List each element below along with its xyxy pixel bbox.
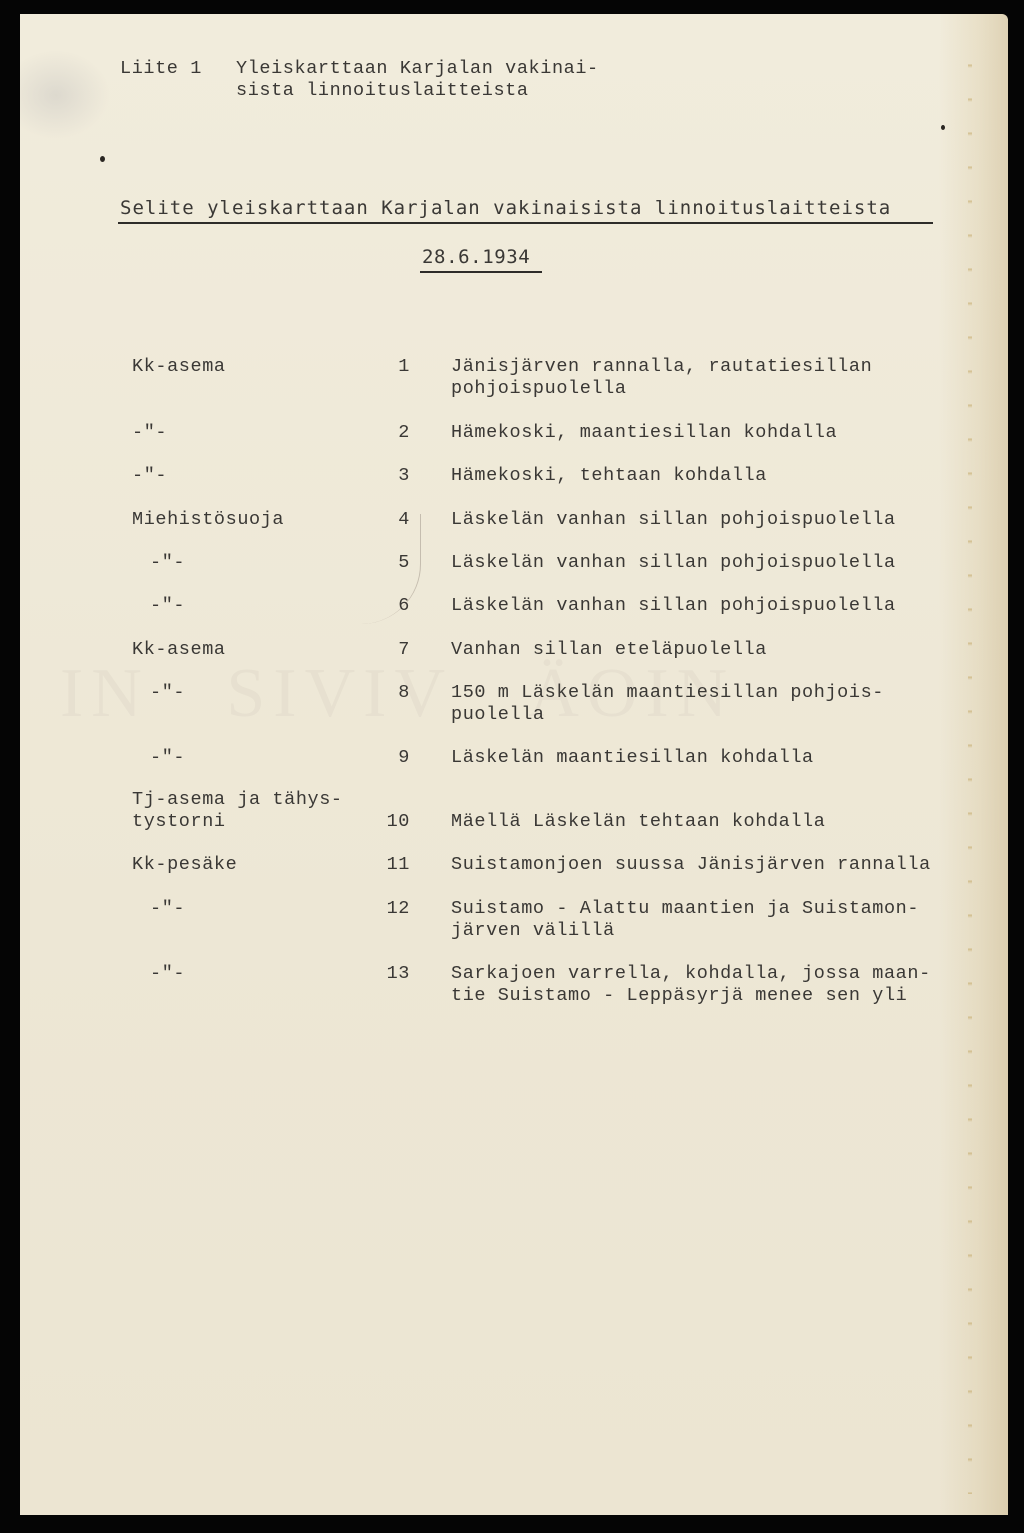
entry-description: Suistamonjoen suussa Jänisjärven rannall…	[451, 854, 931, 876]
entry-type: Kk-asema	[132, 356, 226, 378]
entry-type: -"-	[150, 963, 185, 985]
entry-type-line1: Tj-asema ja tähys-	[132, 789, 343, 811]
entry-type: -"-	[150, 747, 185, 769]
entry-number: 1	[370, 356, 410, 378]
entry-description: 150 m Läskelän maantiesillan pohjois-	[451, 682, 884, 704]
entry-description-cont: pohjoispuolella	[451, 378, 627, 400]
appendix-title-line1: Yleiskarttaan Karjalan vakinai-	[236, 58, 599, 80]
entry-description: Jänisjärven rannalla, rautatiesillan	[451, 356, 872, 378]
ink-dot	[100, 156, 105, 162]
entry-number: 9	[370, 747, 410, 769]
entry-description: Sarkajoen varrella, kohdalla, jossa maan…	[451, 963, 931, 985]
entry-description: Hämekoski, maantiesillan kohdalla	[451, 422, 837, 444]
entry-description-cont: tie Suistamo - Leppäsyrjä menee sen yli	[451, 985, 907, 1007]
entry-type: -"-	[150, 552, 185, 574]
entry-type: tystorni	[132, 811, 226, 833]
entry-description: Läskelän vanhan sillan pohjoispuolella	[451, 509, 896, 531]
entry-type: Kk-pesäke	[132, 854, 237, 876]
entry-description: Läskelän maantiesillan kohdalla	[451, 747, 814, 769]
entry-description: Suistamo - Alattu maantien ja Suistamon-	[451, 898, 919, 920]
entry-type: -"-	[132, 465, 167, 487]
entry-number: 5	[370, 552, 410, 574]
entry-type: Miehistösuoja	[132, 509, 284, 531]
entry-number: 7	[370, 639, 410, 661]
entry-number: 6	[370, 595, 410, 617]
entry-description: Mäellä Läskelän tehtaan kohdalla	[451, 811, 825, 833]
entry-description: Läskelän vanhan sillan pohjoispuolella	[451, 595, 896, 617]
entry-type: Kk-asema	[132, 639, 226, 661]
entry-number: 12	[370, 898, 410, 920]
entry-type: -"-	[150, 682, 185, 704]
entry-description-cont: puolella	[451, 704, 545, 726]
entry-type: -"-	[150, 898, 185, 920]
entry-number: 8	[370, 682, 410, 704]
entry-number: 3	[370, 465, 410, 487]
paper-edge-specks	[968, 34, 972, 1494]
document-heading: Selite yleiskarttaan Karjalan vakinaisis…	[120, 197, 891, 219]
document-page: IN SIVIV ÄOIN Liite 1 Yleiskarttaan Karj…	[20, 14, 1008, 1515]
date-underline	[420, 271, 542, 273]
entry-description-cont: järven välillä	[451, 920, 615, 942]
ink-dot	[941, 125, 945, 130]
entry-type: -"-	[150, 595, 185, 617]
entry-number: 2	[370, 422, 410, 444]
appendix-title-line2: sista linnoituslaitteista	[236, 80, 529, 102]
entry-description: Läskelän vanhan sillan pohjoispuolella	[451, 552, 896, 574]
entry-type: -"-	[132, 422, 167, 444]
heading-underline	[118, 222, 933, 224]
entry-number: 13	[370, 963, 410, 985]
entry-description: Hämekoski, tehtaan kohdalla	[451, 465, 767, 487]
entry-description: Vanhan sillan eteläpuolella	[451, 639, 767, 661]
appendix-label: Liite 1	[120, 58, 202, 80]
entry-number: 11	[370, 854, 410, 876]
paper-stain	[20, 50, 110, 140]
entry-number: 10	[370, 811, 410, 833]
entry-number: 4	[370, 509, 410, 531]
document-date: 28.6.1934	[422, 246, 530, 268]
